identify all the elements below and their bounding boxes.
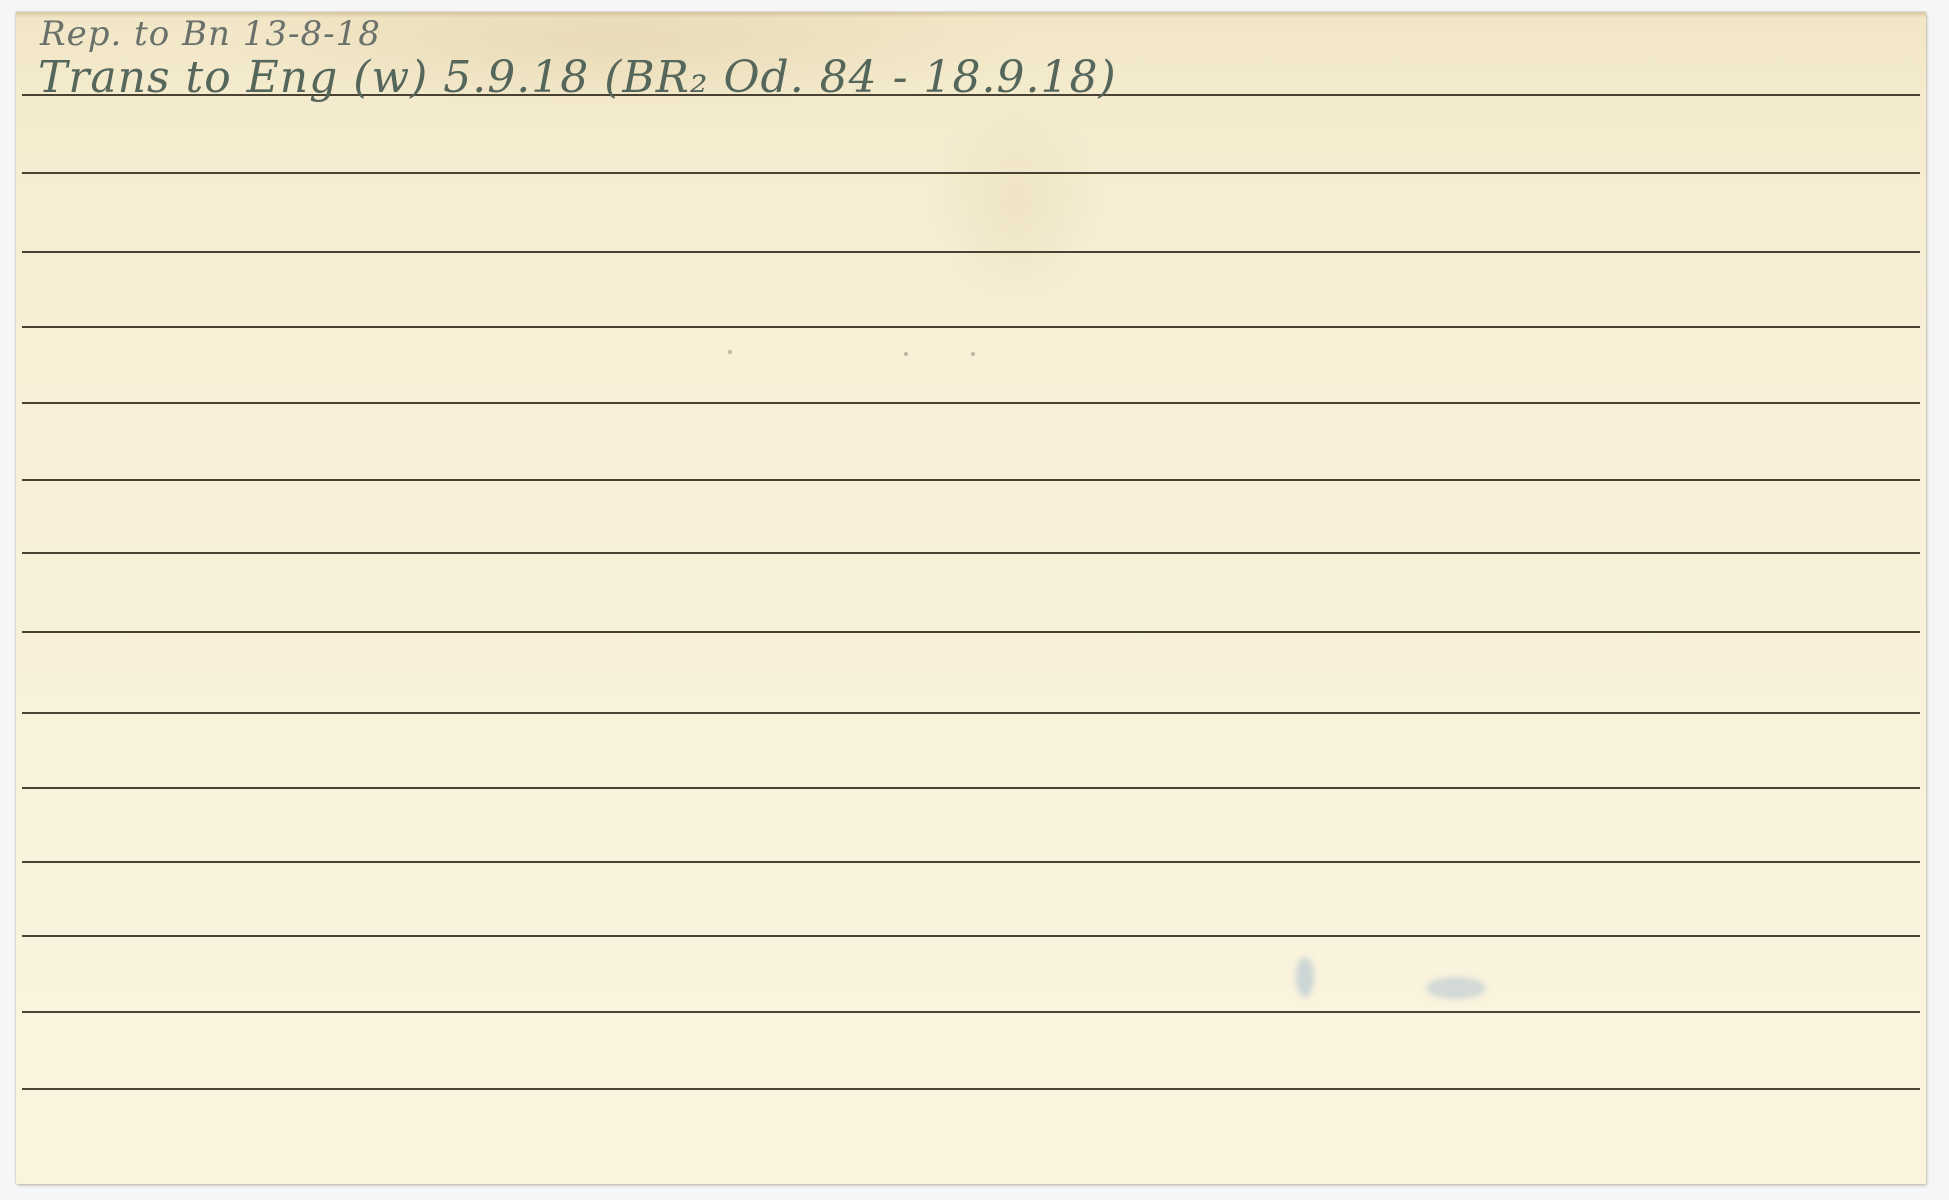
paper-speck [971, 352, 975, 356]
ruled-line [22, 712, 1920, 714]
blue-ink-smudge [1426, 977, 1486, 999]
paper-speck [728, 350, 732, 354]
ruled-line [22, 402, 1920, 404]
index-card: Rep. to Bn 13-8-18 Trans to Eng (w) 5.9.… [16, 12, 1926, 1184]
ruled-line [22, 1011, 1920, 1013]
ruled-line [22, 479, 1920, 481]
ruled-line [22, 1088, 1920, 1090]
paper-speck [904, 352, 908, 356]
ruled-line [22, 935, 1920, 937]
ruled-line [22, 172, 1920, 174]
ruled-line [22, 326, 1920, 328]
ruled-line [22, 251, 1920, 253]
ruled-line [22, 861, 1920, 863]
blue-ink-smudge [1296, 957, 1314, 997]
handwritten-entry-reported: Rep. to Bn 13-8-18 [40, 14, 381, 54]
ruled-line [22, 552, 1920, 554]
ruled-line [22, 631, 1920, 633]
ruled-line [22, 787, 1920, 789]
handwritten-entry-transfer: Trans to Eng (w) 5.9.18 (BR₂ Od. 84 - 18… [38, 52, 1117, 103]
